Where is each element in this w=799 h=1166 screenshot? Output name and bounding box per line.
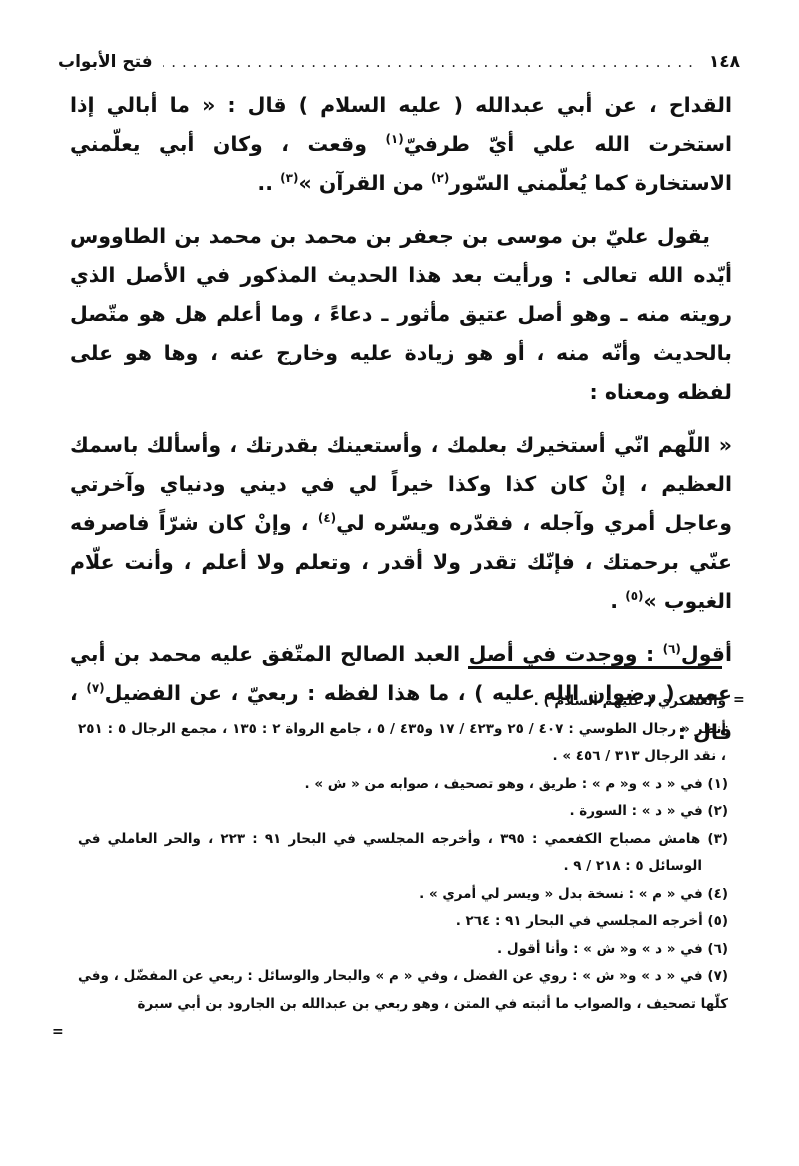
text-run: أقول bbox=[681, 642, 732, 666]
footnote-2: (٢) في « د » : السورة . bbox=[78, 798, 728, 826]
dot-leader: ........................................… bbox=[163, 53, 699, 71]
text-run: .. bbox=[257, 171, 280, 195]
footnote-1: (١) في « د » و« م » : طريق ، وهو تصحيف ،… bbox=[78, 771, 728, 799]
paragraph-author-note: يقول عليّ بن موسى بن جعفر بن محمد بن محم… bbox=[70, 217, 732, 412]
book-page: ١٤٨ ....................................… bbox=[0, 0, 799, 1166]
footnotes: والعسكري ( عليهم السلام ) . أنظر « رجال … bbox=[78, 688, 728, 1018]
footnote-ref-5[interactable]: (٥) bbox=[625, 589, 643, 603]
footnote-ref-2[interactable]: (٢) bbox=[431, 171, 449, 185]
continuation-mark-bottom: = bbox=[52, 1024, 64, 1040]
footnote-4: (٤) في « م » : نسخة بدل « ويسر لي أمري »… bbox=[78, 881, 728, 909]
footnote-6: (٦) في « د » و« ش » : وأنا أقول . bbox=[78, 936, 728, 964]
footnote-7: (٧) في « د » و« ش » : روي عن الفضل ، وفي… bbox=[78, 963, 728, 1018]
running-head: ١٤٨ ....................................… bbox=[58, 52, 740, 80]
text-run: . bbox=[610, 589, 625, 613]
text-run: من القرآن » bbox=[298, 171, 431, 195]
footnote-ref-6[interactable]: (٦) bbox=[663, 642, 681, 656]
paragraph-hadith: القداح ، عن أبي عبدالله ( عليه السلام ) … bbox=[70, 86, 732, 203]
footnote-3: (٣) هامش مصباح الكفعمي : ٣٩٥ ، وأخرجه ال… bbox=[78, 826, 728, 881]
footnote-ref-4[interactable]: (٤) bbox=[318, 511, 336, 525]
footnote-separator bbox=[468, 666, 722, 669]
page-number: ١٤٨ bbox=[709, 52, 740, 72]
footnote-ref-3[interactable]: (٣) bbox=[280, 171, 298, 185]
footnote-5: (٥) أخرجه المجلسي في البحار ٩١ : ٢٦٤ . bbox=[78, 908, 728, 936]
book-title: فتح الأبواب bbox=[58, 52, 153, 72]
footnote-continued: والعسكري ( عليهم السلام ) . bbox=[78, 688, 728, 716]
footnote-ref-1[interactable]: (١) bbox=[385, 132, 403, 146]
footnote-continued-refs: أنظر « رجال الطوسي : ٤٠٧ / ٢٥ و٤٢٣ / ١٧ … bbox=[78, 716, 728, 771]
main-text: القداح ، عن أبي عبدالله ( عليه السلام ) … bbox=[70, 86, 732, 766]
paragraph-dua: « اللّهم انّي أستخيرك بعلمك ، وأستعينك ب… bbox=[70, 426, 732, 621]
continuation-mark-top: = bbox=[733, 692, 745, 708]
